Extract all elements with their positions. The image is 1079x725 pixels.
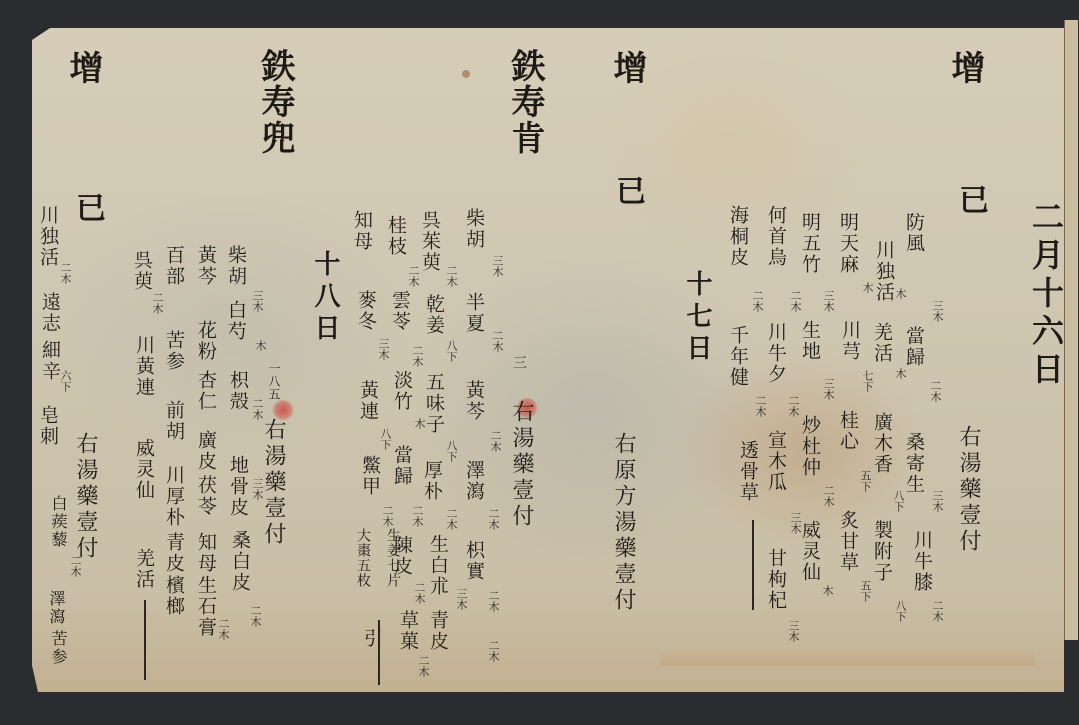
herb: 白蒺藜	[50, 495, 66, 549]
herb-dose: 二木	[755, 395, 766, 417]
herb: 川独活	[38, 205, 57, 268]
herb-dose: 三木	[456, 588, 467, 610]
herb: 桂心	[838, 410, 857, 452]
herb-dose: 二木	[446, 265, 457, 287]
herb: 何首烏	[766, 205, 785, 268]
herb: 炙甘草	[838, 510, 857, 573]
herb: 羌活	[134, 548, 153, 590]
herb: 黃芩	[196, 245, 215, 287]
herb-dose: 八下	[893, 490, 904, 512]
herb-dose: 三木	[823, 378, 834, 400]
herb-dose: 二木	[490, 430, 501, 452]
herb-dose: 木	[822, 585, 833, 596]
herb: 鱉甲	[360, 455, 379, 497]
herb: 淡竹	[392, 370, 411, 412]
herb: 威灵仙	[134, 438, 153, 501]
binding-shadow	[1064, 640, 1079, 725]
herb-dose: 三木	[932, 300, 943, 322]
herb: 生石膏	[196, 575, 215, 638]
herb-dose: 木	[862, 282, 873, 293]
continuation-stroke	[752, 520, 754, 610]
herb-dose: 三木	[252, 478, 263, 500]
entry-label: 已	[955, 184, 985, 218]
entry-label: 已	[72, 192, 102, 226]
herb-dose: 木	[255, 340, 266, 351]
herb-dose: 六下	[60, 370, 71, 392]
herb-dose: 八下	[895, 600, 906, 622]
herb: 百部	[164, 245, 183, 287]
herb: 皂刺	[38, 405, 57, 447]
herb: 青皮	[428, 610, 447, 652]
herb: 呉茱萸	[420, 210, 439, 273]
herb: 草菓	[398, 610, 417, 652]
herb-dose: 木	[414, 418, 425, 429]
herb-dose: 二木	[218, 618, 229, 640]
mark-number: 三	[512, 355, 526, 370]
herb: 遠志	[40, 292, 59, 334]
herb-dose: 二木	[788, 395, 799, 417]
herb-dose: 二木	[60, 262, 71, 284]
herb-dose: 三木	[378, 338, 389, 360]
herb: 澤瀉	[48, 590, 64, 626]
herb-dose: 三木	[788, 620, 799, 642]
entry-date: 十七日	[684, 270, 710, 366]
herb: 五味子	[424, 372, 443, 435]
herb: 生白朮	[428, 534, 447, 597]
herb: 知母	[196, 532, 215, 574]
patient-name: 鉄寿肯	[508, 48, 542, 156]
herb: 防風	[904, 212, 923, 254]
herb: 川厚朴	[164, 465, 183, 528]
herb-dose: 二木	[488, 640, 499, 662]
herb-dose: 二木	[492, 330, 503, 352]
herb: 明五竹	[800, 212, 819, 275]
herb-dose: 二木	[152, 292, 163, 314]
herb: 柴胡	[464, 208, 483, 250]
mark-number: 一八五	[268, 362, 280, 401]
herb: 青皮	[164, 532, 183, 574]
herb: 桑白皮	[230, 530, 249, 593]
herb-dose: 木	[895, 368, 906, 379]
patient-name: 增	[948, 50, 982, 86]
herb: 澤瀉	[464, 460, 483, 502]
entry-date: 十八日	[312, 250, 338, 346]
herb: 麥冬	[356, 290, 375, 332]
herb-dose: 七下	[862, 370, 873, 392]
herb-dose: 五下	[860, 470, 871, 492]
patient-name: 鉄寿兜	[258, 48, 292, 156]
herb: 廣木香	[872, 412, 891, 475]
herb: 檳榔	[164, 575, 183, 617]
red-seal	[272, 400, 294, 420]
herb: 苦参	[50, 630, 66, 666]
herb: 桂枝	[386, 215, 405, 257]
herb: 生地	[800, 320, 819, 362]
entry-date: 二月十六日	[1030, 200, 1062, 390]
binding-edge	[1064, 20, 1078, 640]
herb-dose: 二木	[488, 590, 499, 612]
herb: 生姜七片	[386, 528, 400, 588]
herb: 桑寄生	[904, 432, 923, 495]
herb-dose: 三木	[252, 290, 263, 312]
herb: 川黃連	[134, 335, 153, 398]
herb: 明天麻	[838, 212, 857, 275]
herb: 羌活	[872, 322, 891, 364]
patient-name: 增	[66, 50, 100, 86]
herb: 茯苓	[196, 475, 215, 517]
herb: 花粉	[196, 320, 215, 362]
herb-dose: 二木	[252, 398, 263, 420]
herb-dose: 二木	[382, 505, 393, 527]
herb-dose: 三木	[823, 290, 834, 312]
ink-stain	[462, 70, 470, 78]
herb-dose: 二木	[932, 600, 943, 622]
herb-dose: 二木	[70, 555, 81, 577]
herb: 雲苓	[390, 290, 409, 332]
herb: 白芍	[226, 300, 245, 342]
instruction: 右原方湯藥壹付	[612, 432, 634, 614]
herb: 川牛膝	[912, 530, 931, 593]
continuation-stroke	[378, 620, 380, 685]
herb: 厚朴	[422, 460, 441, 502]
herb: 知母	[352, 210, 371, 252]
herb-dose: 二木	[408, 265, 419, 287]
herb-dose: 二木	[412, 345, 423, 367]
herb-dose: 二木	[823, 485, 834, 507]
page-stain	[660, 648, 1035, 666]
instruction: 右湯藥壹付	[262, 418, 284, 548]
instruction: 右湯藥壹付	[74, 432, 96, 562]
herb: 前胡	[164, 400, 183, 442]
herb: 枳實	[464, 540, 483, 582]
herb-dose: 五下	[860, 580, 871, 602]
herb: 海桐皮	[728, 205, 747, 268]
herb: 地骨皮	[228, 455, 247, 518]
herb-dose: 三木	[492, 255, 503, 277]
herb-dose: 木	[895, 288, 906, 299]
continuation-stroke	[144, 600, 146, 680]
herb-dose: 二木	[414, 582, 425, 604]
herb: 苦参	[164, 330, 183, 372]
entry-label: 已	[612, 175, 642, 209]
herb: 製附子	[872, 520, 891, 583]
herb: 甘枸杞	[766, 548, 785, 611]
herb: 黃芩	[464, 380, 483, 422]
herb-dose: 二木	[418, 655, 429, 677]
herb-dose: 三木	[790, 512, 801, 534]
herb: 細辛	[40, 340, 59, 382]
herb-dose: 二木	[790, 290, 801, 312]
herb: 川独活	[874, 240, 893, 303]
herb-dose: 二木	[250, 605, 261, 627]
herb: 炒杜仲	[800, 415, 819, 478]
herb: 大棗五枚	[356, 528, 370, 588]
herb-dose: 二木	[752, 290, 763, 312]
herb-dose: 二木	[412, 505, 423, 527]
herb: 枳殻	[228, 370, 247, 412]
instruction: 右湯藥壹付	[510, 400, 532, 530]
patient-name: 增	[610, 50, 644, 86]
herb: 宣木瓜	[766, 430, 785, 493]
herb: 當歸	[392, 445, 411, 487]
herb: 廣皮	[196, 430, 215, 472]
herb: 川牛夕	[766, 322, 785, 385]
herb-dose: 八下	[446, 340, 457, 362]
herb: 呉萸	[132, 250, 151, 292]
herb: 川芎	[840, 320, 859, 362]
herb: 千年健	[728, 325, 747, 388]
herb: 杏仁	[196, 370, 215, 412]
instruction: 右湯藥壹付	[957, 425, 979, 555]
herb-dose: 二木	[446, 508, 457, 530]
image-viewer: 二月十六日 增 已 右湯藥壹付 防風 三木 當歸 二木 桑寄生 三木 川牛膝 二…	[0, 0, 1079, 725]
herb-dose: 八下	[446, 440, 457, 462]
herb: 當歸	[904, 326, 923, 368]
herb: 乾姜	[424, 294, 443, 336]
herb: 柴胡	[226, 245, 245, 287]
herb: 半夏	[464, 292, 483, 334]
herb-dose: 八下	[380, 428, 391, 450]
herb: 威灵仙	[800, 520, 819, 583]
herb: 透骨草	[738, 440, 757, 503]
herb: 黃連	[358, 380, 377, 422]
herb-dose: 二木	[930, 380, 941, 402]
herb-dose: 二木	[488, 508, 499, 530]
herb-dose: 三木	[932, 490, 943, 512]
